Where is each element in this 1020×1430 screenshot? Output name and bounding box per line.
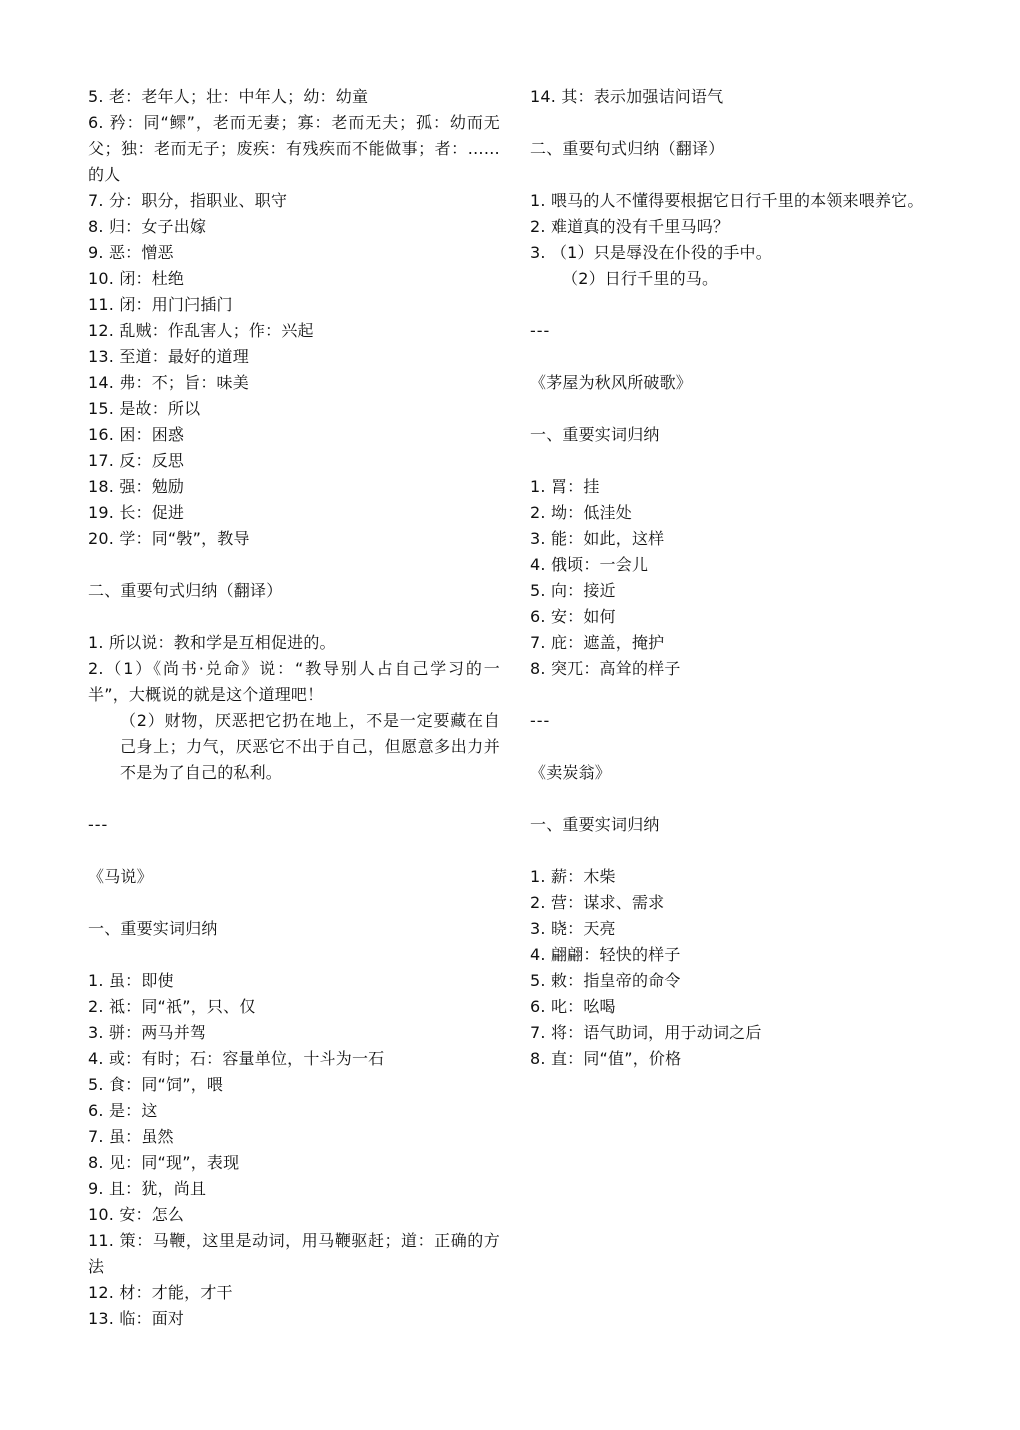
list-item: 2. 祗：同“祇”，只、仅: [88, 994, 500, 1020]
spacer: [530, 682, 960, 708]
list-item: 20. 学：同“斅”，教导: [88, 526, 500, 552]
list-item: 5. 食：同“饲”，喂: [88, 1072, 500, 1098]
section-heading: 二、重要句式归纳（翻译）: [530, 136, 960, 162]
divider: ---: [530, 318, 960, 344]
section-heading: 一、重要实词归纳: [88, 916, 500, 942]
list-item: 5. 老：老年人；壮：中年人；幼：幼童: [88, 84, 500, 110]
spacer: [530, 110, 960, 136]
list-item: 12. 材：才能，才干: [88, 1280, 500, 1306]
spacer: [88, 890, 500, 916]
list-item: 6. 安：如何: [530, 604, 960, 630]
spacer: [530, 344, 960, 370]
list-item: 9. 且：犹，尚且: [88, 1176, 500, 1202]
list-item: 1. 虽：即使: [88, 968, 500, 994]
list-item: 16. 困：困惑: [88, 422, 500, 448]
list-item: 8. 直：同“值”，价格: [530, 1046, 960, 1072]
list-item: 11. 闭：用门闩插门: [88, 292, 500, 318]
list-item: 13. 临：面对: [88, 1306, 500, 1332]
spacer: [530, 162, 960, 188]
spacer: [88, 838, 500, 864]
spacer: [530, 838, 960, 864]
list-item: 6. 是：这: [88, 1098, 500, 1124]
list-item: 19. 长：促进: [88, 500, 500, 526]
list-item: 2. 营：谋求、需求: [530, 890, 960, 916]
divider: ---: [88, 812, 500, 838]
list-item: 1. 所以说：教和学是互相促进的。: [88, 630, 500, 656]
list-item: 10. 闭：杜绝: [88, 266, 500, 292]
list-item: 1. 薪：木柴: [530, 864, 960, 890]
list-item: 4. 俄顷：一会儿: [530, 552, 960, 578]
divider: ---: [530, 708, 960, 734]
list-item: 14. 其：表示加强诘问语气: [530, 84, 960, 110]
right-column: 14. 其：表示加强诘问语气 二、重要句式归纳（翻译） 1. 喂马的人不懂得要根…: [530, 84, 960, 1072]
spacer: [88, 552, 500, 578]
list-item: 3. 晓：天亮: [530, 916, 960, 942]
list-item: （2）财物，厌恶把它扔在地上，不是一定要藏在自己身上；力气，厌恶它不出于自己，但…: [88, 708, 500, 786]
list-item: 4. 翩翩：轻快的样子: [530, 942, 960, 968]
list-item: 7. 将：语气助词，用于动词之后: [530, 1020, 960, 1046]
list-item: 3. （1）只是辱没在仆役的手中。: [530, 240, 960, 266]
list-item: 7. 分：职分，指职业、职守: [88, 188, 500, 214]
list-item: 9. 恶：憎恶: [88, 240, 500, 266]
list-item: 8. 见：同“现”，表现: [88, 1150, 500, 1176]
list-item: 18. 强：勉励: [88, 474, 500, 500]
list-item: 11. 策：马鞭，这里是动词，用马鞭驱赶；道：正确的方法: [88, 1228, 500, 1280]
list-item: 5. 向：接近: [530, 578, 960, 604]
spacer: [530, 786, 960, 812]
list-item: 12. 乱贼：作乱害人；作：兴起: [88, 318, 500, 344]
list-item: 6. 矜：同“鳏”，老而无妻；寡：老而无夫；孤：幼而无父；独：老而无子；废疾：有…: [88, 110, 500, 188]
list-item: 5. 敕：指皇帝的命令: [530, 968, 960, 994]
list-item: 15. 是故：所以: [88, 396, 500, 422]
list-item: 2. 难道真的没有千里马吗？: [530, 214, 960, 240]
list-item: 3. 骈：两马并驾: [88, 1020, 500, 1046]
left-column: 5. 老：老年人；壮：中年人；幼：幼童 6. 矜：同“鳏”，老而无妻；寡：老而无…: [88, 84, 500, 1332]
spacer: [88, 604, 500, 630]
list-item: 1. 罥：挂: [530, 474, 960, 500]
list-item: 7. 庇：遮盖，掩护: [530, 630, 960, 656]
list-item: （2）日行千里的马。: [530, 266, 960, 292]
list-item: 2. 坳：低洼处: [530, 500, 960, 526]
list-item: 8. 突兀：高耸的样子: [530, 656, 960, 682]
list-item: 2.（1）《尚书·兑命》说：“教导别人占自己学习的一半”，大概说的就是这个道理吧…: [88, 656, 500, 708]
spacer: [530, 292, 960, 318]
section-heading: 一、重要实词归纳: [530, 422, 960, 448]
article-title: 《茅屋为秋风所破歌》: [530, 370, 960, 396]
section-heading: 一、重要实词归纳: [530, 812, 960, 838]
spacer: [530, 448, 960, 474]
spacer: [530, 396, 960, 422]
spacer: [530, 734, 960, 760]
list-item: 13. 至道：最好的道理: [88, 344, 500, 370]
list-item: 10. 安：怎么: [88, 1202, 500, 1228]
list-item: 4. 或：有时；石：容量单位，十斗为一石: [88, 1046, 500, 1072]
article-title: 《卖炭翁》: [530, 760, 960, 786]
section-heading: 二、重要句式归纳（翻译）: [88, 578, 500, 604]
article-title: 《马说》: [88, 864, 500, 890]
list-item: 7. 虽：虽然: [88, 1124, 500, 1150]
list-item: 3. 能：如此，这样: [530, 526, 960, 552]
list-item: 14. 弗：不；旨：味美: [88, 370, 500, 396]
list-item: 6. 叱：吆喝: [530, 994, 960, 1020]
list-item: 1. 喂马的人不懂得要根据它日行千里的本领来喂养它。: [530, 188, 960, 214]
spacer: [88, 942, 500, 968]
list-item: 8. 归：女子出嫁: [88, 214, 500, 240]
spacer: [88, 786, 500, 812]
list-item: 17. 反：反思: [88, 448, 500, 474]
